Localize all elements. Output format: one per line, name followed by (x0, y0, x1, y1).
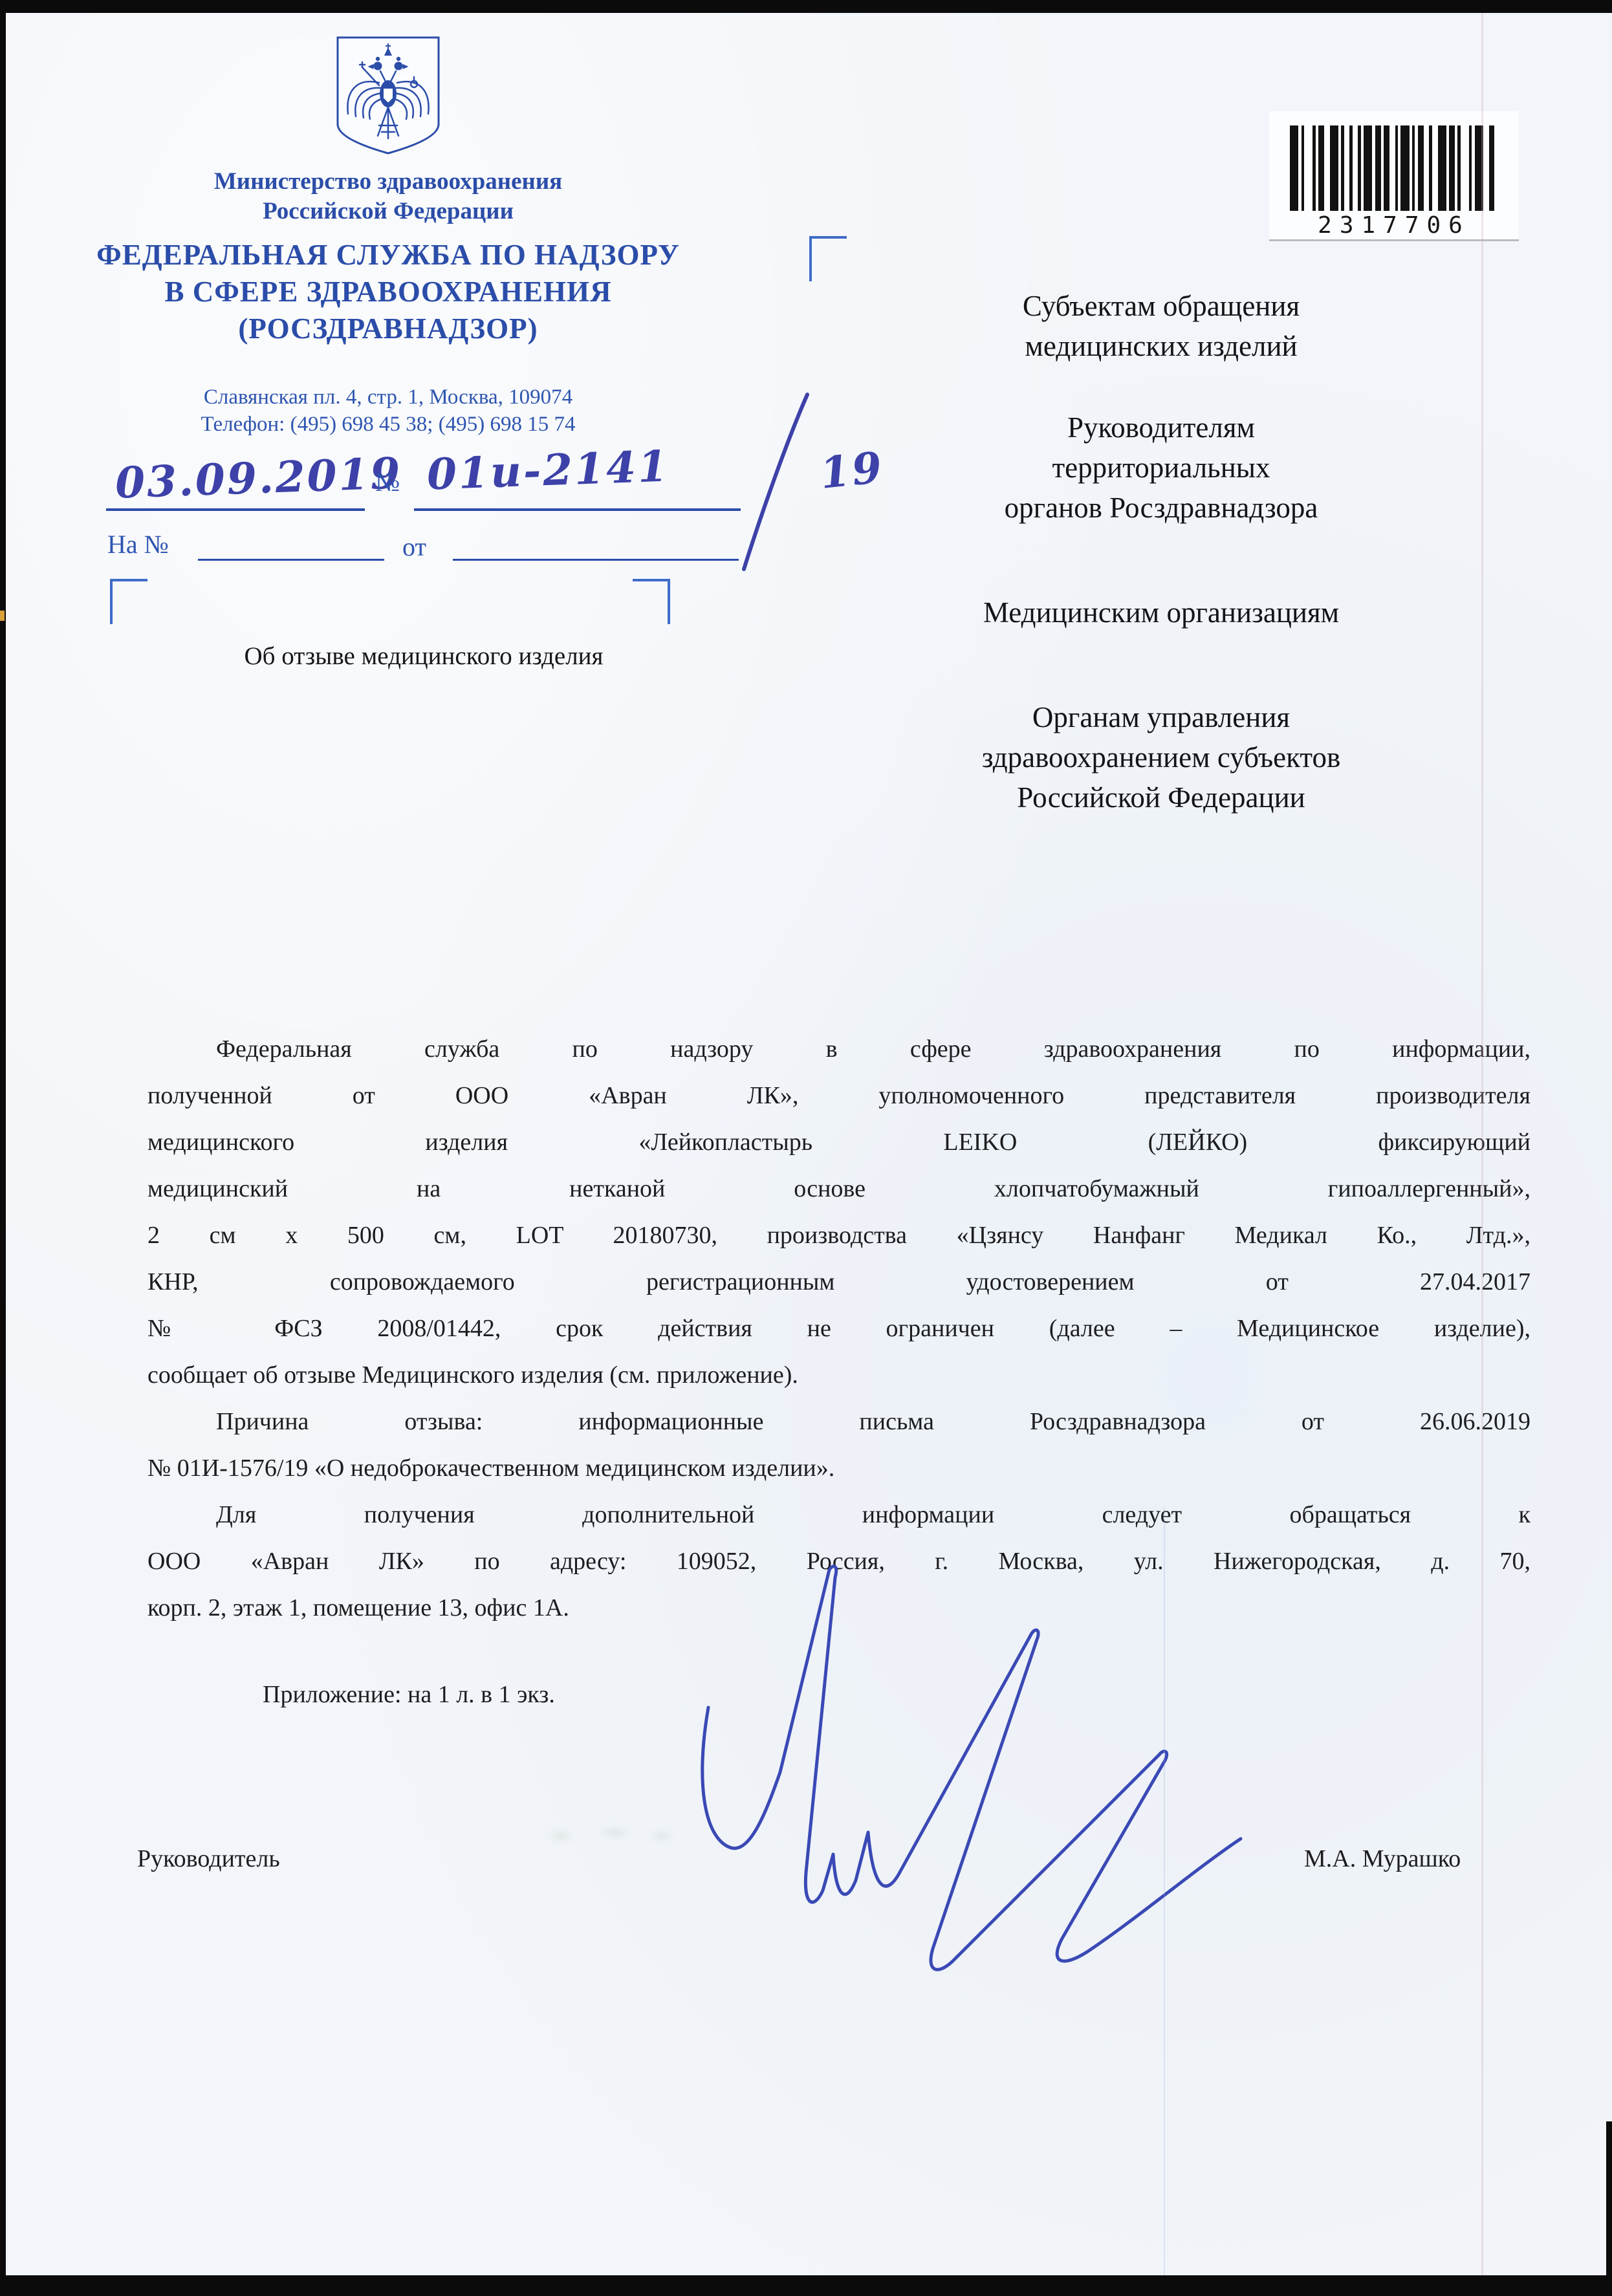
recipient-line: органов Росздравнадзора (841, 488, 1481, 528)
ministry-name-line1: Министерство здравоохранения (84, 167, 692, 197)
subject-line: Об отзыве медицинского изделия (149, 642, 699, 671)
recipient-line: Субъектам обращения (841, 286, 1481, 326)
recipient-line: медицинских изделий (841, 326, 1481, 366)
body-line: № ФСЗ 2008/01442, срок действия не огран… (147, 1305, 1530, 1352)
recipient-line: территориальных (841, 448, 1481, 488)
barcode (1290, 125, 1499, 211)
recipient-line: здравоохранением субъектов (841, 737, 1481, 777)
body-line: Федеральная служба по надзору в сфере зд… (147, 1026, 1530, 1072)
recipients-block: Субъектам обращения медицинских изделий … (841, 286, 1481, 859)
signer-title: Руководитель (137, 1845, 280, 1873)
reply-from-label: от (402, 532, 426, 562)
agency-name-line2: В СФЕРЕ ЗДРАВООХРАНЕНИЯ (84, 274, 692, 310)
scan-edge-left (0, 0, 6, 2296)
letterhead: Министерство здравоохранения Российской … (84, 34, 692, 438)
recipient-line: Органам управления (841, 697, 1481, 737)
scan-edge-right (1606, 2121, 1612, 2296)
agency-address: Славянская пл. 4, стр. 1, Москва, 109074 (84, 384, 692, 411)
attachment-note: Приложение: на 1 л. в 1 экз. (263, 1680, 555, 1709)
recipient-line: Медицинским организациям (841, 592, 1481, 633)
recipient-group: Субъектам обращения медицинских изделий (841, 286, 1481, 366)
corner-bracket-recipient (809, 236, 847, 281)
body-line: полученной от ООО «Авран ЛК», уполномоче… (147, 1072, 1530, 1119)
date-underline (106, 508, 365, 511)
recipient-line: Российской Федерации (841, 777, 1481, 818)
ministry-name-line2: Российской Федерации (84, 197, 692, 226)
coat-of-arms-emblem (331, 34, 446, 158)
handwritten-slash-stroke (728, 385, 819, 579)
recipient-line: Руководителям (841, 407, 1481, 448)
handwritten-date: 03.09.2019 (114, 448, 403, 508)
bleed-through-ghost-text (529, 1819, 684, 1850)
agency-phone: Телефон: (495) 698 45 38; (495) 698 15 7… (84, 411, 692, 438)
barcode-number: 2317706 (1269, 212, 1519, 239)
number-underline (414, 508, 741, 511)
barcode-sticker: 2317706 (1269, 111, 1519, 241)
body-line: КНР, сопровождаемого регистрационным удо… (147, 1259, 1530, 1305)
scan-edge-speck (0, 611, 5, 621)
corner-bracket-right (633, 579, 670, 624)
body-line: медицинский на нетканой основе хлопчатоб… (147, 1165, 1530, 1212)
body-line: сообщает об отзыве Медицинского изделия … (147, 1352, 1530, 1398)
recipient-group: Медицинским организациям (841, 592, 1481, 633)
agency-name-line1: ФЕДЕРАЛЬНАЯ СЛУЖБА ПО НАДЗОРУ (84, 237, 692, 274)
agency-name-line3: (РОСЗДРАВНАДЗОР) (84, 310, 692, 347)
corner-bracket-left (110, 579, 147, 624)
body-line: 2 см х 500 см, LOT 20180730, производств… (147, 1212, 1530, 1259)
recipient-group: Руководителям территориальных органов Ро… (841, 407, 1481, 528)
handwritten-signature (660, 1549, 1268, 1995)
reply-to-label: На № (107, 529, 169, 559)
body-line: Причина отзыва: информационные письма Ро… (147, 1398, 1530, 1445)
scan-edge-top (0, 0, 1612, 13)
body-line: Для получения дополнительной информации … (147, 1491, 1530, 1538)
recipient-group: Органам управления здравоохранением субъ… (841, 697, 1481, 818)
handwritten-outgoing-number: 01и-2141 (426, 440, 670, 499)
scanned-letter-page: Министерство здравоохранения Российской … (0, 0, 1612, 2296)
signer-name: М.А. Мурашко (1304, 1845, 1461, 1873)
body-line: медицинского изделия «Лейкопластырь LEIK… (147, 1119, 1530, 1165)
letter-body: Федеральная служба по надзору в сфере зд… (147, 1026, 1530, 1631)
number-sign: № (375, 467, 400, 497)
scan-edge-bottom (0, 2275, 1612, 2296)
reply-number-blank (198, 559, 384, 561)
reply-date-blank (453, 559, 739, 561)
body-line: № 01И-1576/19 «О недоброкачественном мед… (147, 1445, 1530, 1491)
